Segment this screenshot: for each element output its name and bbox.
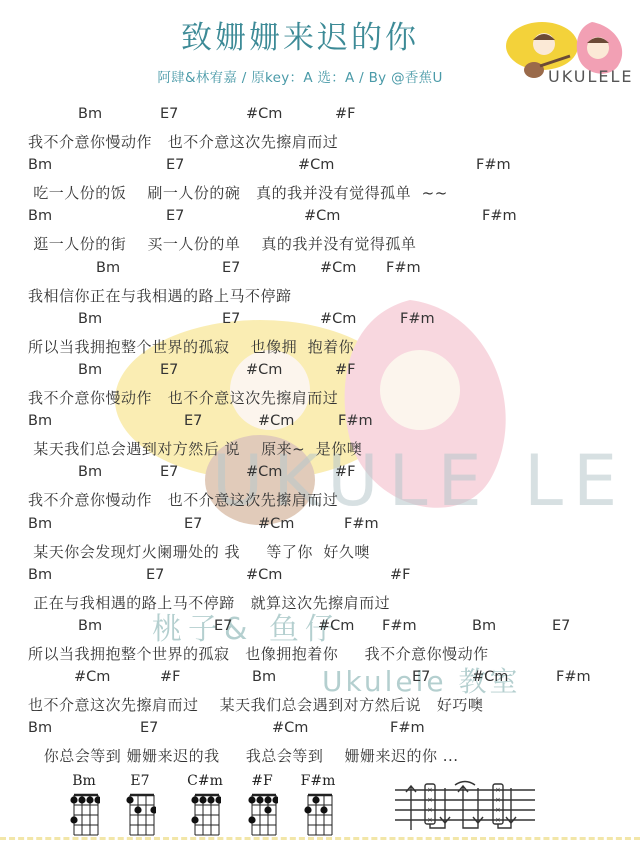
lyric-line: 某天你会发现灯火阑珊处的 我 等了你 好久噢 [28, 541, 370, 562]
chord-diagram-label: Bm [62, 773, 106, 789]
lyric-line: 我不介意你慢动作 也不介意这次先擦肩而过 [28, 387, 338, 408]
chord-label: F#m [482, 208, 517, 224]
chord-label: Bm [96, 260, 120, 276]
chord-label: Bm [78, 464, 102, 480]
chord-label: Bm [28, 413, 52, 429]
lyric-line: 所以当我拥抱整个世界的孤寂 也像拥抱着你 我不介意你慢动作 [28, 643, 489, 664]
chord-label: #Cm [320, 311, 356, 327]
chord-label: E7 [140, 720, 158, 736]
chord-label: #Cm [246, 106, 282, 122]
chord-label: #F [335, 464, 356, 480]
chord-label: #Cm [298, 157, 334, 173]
svg-text:×: × [495, 806, 501, 814]
chord-label: F#m [476, 157, 511, 173]
chord-label: Bm [28, 208, 52, 224]
chord-label: E7 [166, 208, 184, 224]
lyric-line: 某天我们总会遇到对方然后 说 原来~ 是你噢 [28, 438, 362, 459]
chord-label: #Cm [246, 464, 282, 480]
chord-label: Bm [78, 106, 102, 122]
chord-label: Bm [28, 157, 52, 173]
dashed-divider [0, 837, 640, 840]
chord-label: #Cm [258, 413, 294, 429]
chord-label: #Cm [304, 208, 340, 224]
svg-text:×: × [495, 816, 501, 824]
chord-label: Bm [28, 516, 52, 532]
lyric-line: 我相信你正在与我相遇的路上马不停蹄 [28, 285, 292, 306]
chord-label: F#m [390, 720, 425, 736]
chord-label: Bm [252, 669, 276, 685]
svg-text:×: × [427, 796, 433, 804]
chord-label: #Cm [258, 516, 294, 532]
strum-pattern-diagram: ×××× ×××× [395, 780, 540, 832]
lyric-line: 我不介意你慢动作 也不介意这次先擦肩而过 [28, 489, 338, 510]
chord-label: #Cm [472, 669, 508, 685]
chord-label: #Cm [246, 362, 282, 378]
chord-label: E7 [184, 413, 202, 429]
chord-label: #F [160, 669, 181, 685]
chord-label: #F [335, 362, 356, 378]
chord-diagram-label: E7 [118, 773, 162, 789]
chord-label: Bm [28, 720, 52, 736]
chord-label: F#m [400, 311, 435, 327]
lyric-line: 正在与我相遇的路上马不停蹄 就算这次先擦肩而过 [28, 592, 390, 613]
lyric-line: 所以当我拥抱整个世界的孤寂 也像拥 抱着你 [28, 336, 354, 357]
chord-label: Bm [78, 311, 102, 327]
chord-label: F#m [556, 669, 591, 685]
lyric-line: 你总会等到 姗姗来迟的我 我总会等到 姗姗来迟的你 ... [28, 745, 459, 766]
chord-label: E7 [214, 618, 232, 634]
chord-label: #Cm [74, 669, 110, 685]
chord-label: #Cm [246, 567, 282, 583]
chord-label: #F [335, 106, 356, 122]
chord-diagram-label: F#m [296, 773, 340, 789]
watermark-illustration [110, 290, 530, 550]
svg-text:×: × [495, 796, 501, 804]
chord-diagram-label: C#m [183, 773, 227, 789]
svg-text:×: × [427, 786, 433, 794]
fretboard-icon [248, 793, 278, 839]
chord-label: #F [390, 567, 411, 583]
chord-label: #Cm [272, 720, 308, 736]
chord-label: Bm [78, 618, 102, 634]
fretboard-icon [126, 793, 156, 839]
chord-label: F#m [382, 618, 417, 634]
fretboard-icon [304, 793, 334, 839]
chord-label: E7 [222, 311, 240, 327]
fretboard-icon [191, 793, 221, 839]
svg-text:×: × [495, 786, 501, 794]
lyric-line: 吃一人份的饭 刷一人份的碗 真的我并没有觉得孤单 ~~ [28, 182, 448, 203]
chord-label: #Cm [318, 618, 354, 634]
chord-label: F#m [386, 260, 421, 276]
lyric-line: 我不介意你慢动作 也不介意这次先擦肩而过 [28, 131, 338, 152]
chord-label: E7 [222, 260, 240, 276]
chord-label: Bm [472, 618, 496, 634]
chord-label: Bm [28, 567, 52, 583]
chord-label: #Cm [320, 260, 356, 276]
chord-label: Bm [78, 362, 102, 378]
chord-label: E7 [412, 669, 430, 685]
chord-label: E7 [184, 516, 202, 532]
chord-label: E7 [160, 362, 178, 378]
lyric-line: 也不介意这次先擦肩而过 某天我们总会遇到对方然后说 好巧噢 [28, 694, 483, 715]
chord-label: F#m [338, 413, 373, 429]
lyric-line: 逛一人份的街 买一人份的单 真的我并没有觉得孤单 [28, 233, 416, 254]
ukulele-logo: UKULELE [500, 16, 635, 91]
chord-label: E7 [552, 618, 570, 634]
chord-label: E7 [160, 106, 178, 122]
svg-text:×: × [427, 806, 433, 814]
chord-label: E7 [166, 157, 184, 173]
chord-label: E7 [160, 464, 178, 480]
fretboard-icon [70, 793, 100, 839]
chord-diagram-label: #F [240, 773, 284, 789]
chord-label: E7 [146, 567, 164, 583]
chord-label: F#m [344, 516, 379, 532]
svg-text:×: × [427, 816, 433, 824]
svg-text:UKULELE: UKULELE [548, 67, 634, 86]
